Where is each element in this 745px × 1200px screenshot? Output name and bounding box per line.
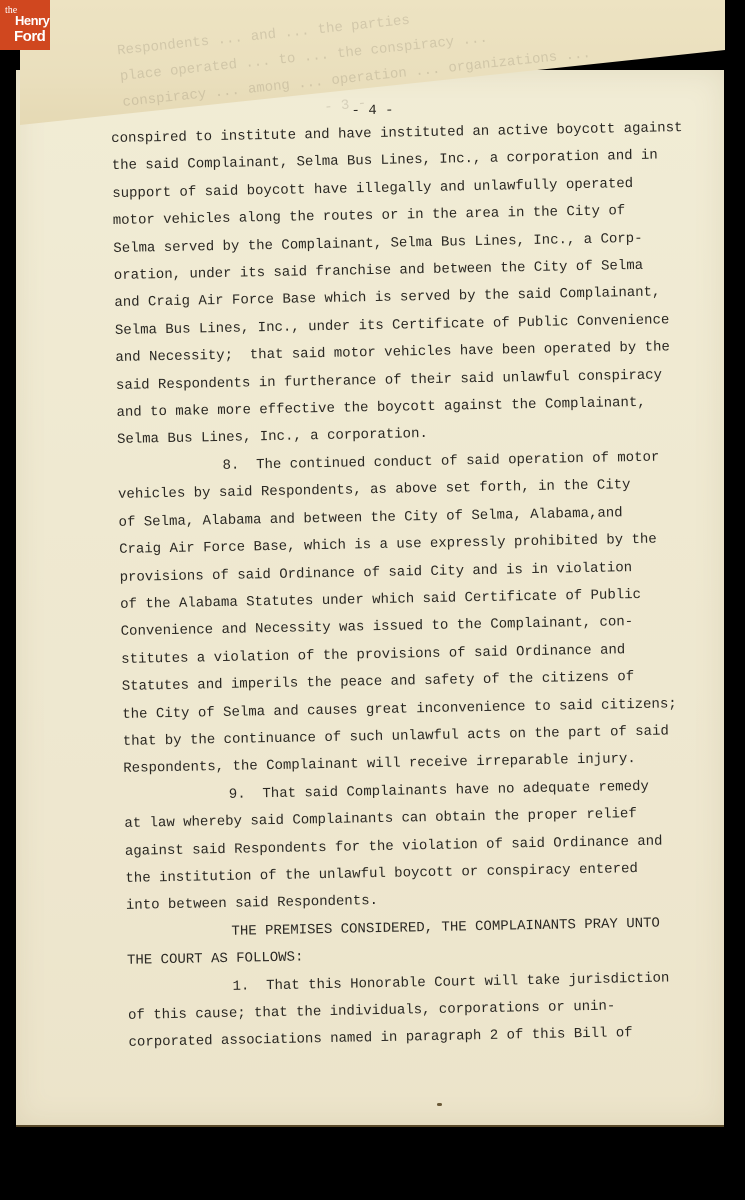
paper-speck <box>437 1103 442 1106</box>
document-body: conspired to institute and have institut… <box>111 115 719 1058</box>
logo-ford: Ford <box>14 28 45 45</box>
logo-henry: Henry <box>15 13 49 28</box>
henry-ford-logo: the Henry Ford <box>0 0 50 50</box>
